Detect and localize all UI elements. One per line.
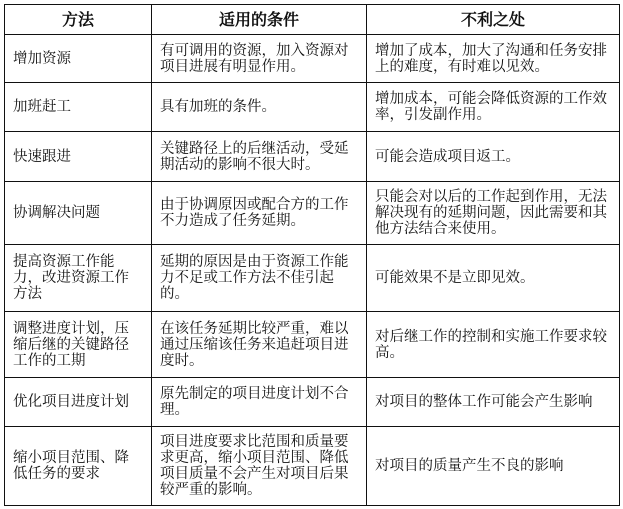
cell-condition: 具有加班的条件。 (152, 83, 367, 132)
cell-method: 快速跟进 (5, 132, 152, 182)
table-row: 提高资源工作能力，改进资源工作方法 延期的原因是由于资源工作能力不足或工作方法不… (5, 245, 620, 312)
cell-condition: 关键路径上的后继活动，受延期活动的影响不很大时。 (152, 132, 367, 182)
cell-method: 提高资源工作能力，改进资源工作方法 (5, 245, 152, 312)
cell-condition: 有可调用的资源，加入资源对项目进展有明显作用。 (152, 35, 367, 83)
cell-drawback: 对后继工作的控制和实施工作要求较高。 (367, 312, 620, 378)
cell-condition: 延期的原因是由于资源工作能力不足或工作方法不佳引起的。 (152, 245, 367, 312)
cell-drawback: 增加成本，可能会降低资源的工作效率，引发副作用。 (367, 83, 620, 132)
cell-method: 调整进度计划，压缩后继的关键路径工作的工期 (5, 312, 152, 378)
cell-drawback: 可能会造成项目返工。 (367, 132, 620, 182)
header-method: 方法 (5, 5, 152, 35)
header-drawback: 不利之处 (367, 5, 620, 35)
cell-drawback: 对项目的质量产生不良的影响 (367, 427, 620, 506)
cell-method: 缩小项目范围、降低任务的要求 (5, 427, 152, 506)
table-row: 优化项目进度计划 原先制定的项目进度计划不合理。 对项目的整体工作可能会产生影响 (5, 378, 620, 427)
table-row: 调整进度计划，压缩后继的关键路径工作的工期 在该任务延期比较严重，难以通过压缩该… (5, 312, 620, 378)
header-condition: 适用的条件 (152, 5, 367, 35)
cell-condition: 在该任务延期比较严重，难以通过压缩该任务来追赶项目进度时。 (152, 312, 367, 378)
table-row: 增加资源 有可调用的资源，加入资源对项目进展有明显作用。 增加了成本，加大了沟通… (5, 35, 620, 83)
cell-method: 增加资源 (5, 35, 152, 83)
cell-method: 优化项目进度计划 (5, 378, 152, 427)
cell-drawback: 增加了成本，加大了沟通和任务安排上的难度，有时难以见效。 (367, 35, 620, 83)
table-row: 缩小项目范围、降低任务的要求 项目进度要求比范围和质量要求更高，缩小项目范围、降… (5, 427, 620, 506)
cell-condition: 项目进度要求比范围和质量要求更高，缩小项目范围、降低项目质量不会产生对项目后果较… (152, 427, 367, 506)
document-page: 方法 适用的条件 不利之处 增加资源 有可调用的资源，加入资源对项目进展有明显作… (0, 0, 623, 509)
cell-method: 加班赶工 (5, 83, 152, 132)
cell-condition: 原先制定的项目进度计划不合理。 (152, 378, 367, 427)
table-row: 协调解决问题 由于协调原因或配合方的工作不力造成了任务延期。 只能会对以后的工作… (5, 182, 620, 245)
cell-drawback: 可能效果不是立即见效。 (367, 245, 620, 312)
table-header-row: 方法 适用的条件 不利之处 (5, 5, 620, 35)
cell-condition: 由于协调原因或配合方的工作不力造成了任务延期。 (152, 182, 367, 245)
table-row: 加班赶工 具有加班的条件。 增加成本，可能会降低资源的工作效率，引发副作用。 (5, 83, 620, 132)
schedule-recovery-methods-table: 方法 适用的条件 不利之处 增加资源 有可调用的资源，加入资源对项目进展有明显作… (4, 4, 620, 506)
table-row: 快速跟进 关键路径上的后继活动，受延期活动的影响不很大时。 可能会造成项目返工。 (5, 132, 620, 182)
cell-drawback: 只能会对以后的工作起到作用，无法解决现有的延期问题，因此需要和其他方法结合来使用… (367, 182, 620, 245)
cell-drawback: 对项目的整体工作可能会产生影响 (367, 378, 620, 427)
cell-method: 协调解决问题 (5, 182, 152, 245)
